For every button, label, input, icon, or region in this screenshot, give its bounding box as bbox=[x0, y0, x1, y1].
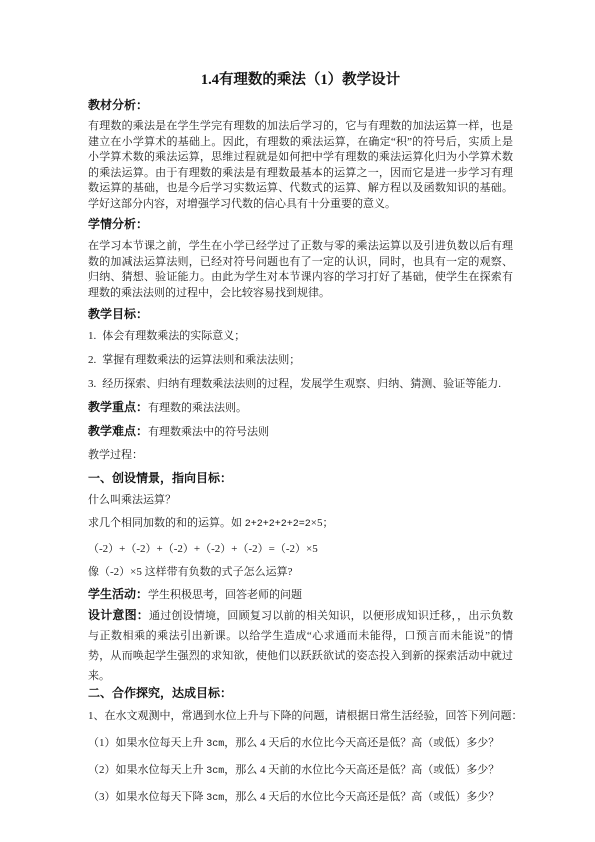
section2-intro: 1、在水文观测中，常遇到水位上升与下降的问题，请根据日常生活经验，回答下列问题： bbox=[88, 709, 513, 724]
student-activity-line: 学生活动：学生积极思考，回答老师的问题 bbox=[88, 587, 513, 603]
section1-formula-line: （-2）+（-2）+（-2）+（-2）+（-2）=（-2）×5 bbox=[88, 542, 513, 557]
objective-item-3-number: 3. bbox=[88, 378, 96, 390]
section2-question-1: （1）如果水位每天上升 3cm，那么 4 天后的水位比今天高还是低？高（或低）多… bbox=[88, 736, 513, 752]
document-page: 1.4有理数的乘法（1）教学设计 教材分析： 有理数的乘法是在学生学完有理数的加… bbox=[0, 0, 595, 842]
heading-learner-analysis: 学情分析： bbox=[88, 217, 513, 232]
heading-material-analysis: 教材分析： bbox=[88, 98, 513, 113]
heading-section2: 二、合作探究，达成目标： bbox=[88, 686, 513, 701]
student-activity-text: 学生积极思考，回答老师的问题 bbox=[148, 589, 302, 601]
section1-answer-line: 求几个相同加数的和的运算。如 2+2+2+2+2=2×5； bbox=[88, 516, 513, 532]
section2-question-3: （3）如果水位每天下降 3cm，那么 4 天后的水位比今天高还是低？高（或低）多… bbox=[88, 790, 513, 806]
objective-item-1-text: 体会有理数乘法的实际意义； bbox=[102, 330, 245, 342]
section2-question-3-post: ，那么 4 天后的水位比今天高还是低？高（或低）多少？ bbox=[224, 791, 499, 803]
difficulty-label: 教学难点： bbox=[88, 424, 148, 438]
difficulty-line: 教学难点：有理数乘法中的符号法则 bbox=[88, 424, 513, 440]
section2-question-3-value: 3cm bbox=[206, 793, 224, 804]
document-content: 1.4有理数的乘法（1）教学设计 教材分析： 有理数的乘法是在学生学完有理数的加… bbox=[0, 0, 595, 806]
section1-answer-formula: 2+2+2+2+2=2 bbox=[245, 519, 311, 530]
section1-answer-post: ×5； bbox=[311, 517, 334, 529]
design-intent-paragraph: 设计意图：通过创设情境，回顾复习以前的相关知识，以便形成知识迁移，，出示负数与正… bbox=[88, 605, 513, 686]
section1-question2: 像（-2）×5 这样带有负数的式子怎么运算? bbox=[88, 565, 513, 580]
key-point-label: 教学重点： bbox=[88, 400, 148, 414]
section1-answer-pre: 求几个相同加数的和的运算。如 bbox=[88, 517, 245, 529]
objective-item-3-text: 经历探索、归纳有理数乘法法则的过程，发展学生观察、归纳、猜测、验证等能力. bbox=[102, 378, 501, 390]
key-point-line: 教学重点：有理数的乘法法则。 bbox=[88, 400, 513, 416]
design-intent-label: 设计意图： bbox=[88, 608, 149, 622]
heading-process: 教学过程： bbox=[88, 448, 513, 463]
section2-question-1-pre: （1）如果水位每天上升 bbox=[88, 737, 206, 749]
objective-item-2-number: 2. bbox=[88, 354, 96, 366]
section2-question-1-value: 3cm bbox=[206, 739, 224, 750]
objective-item-1: 1.体会有理数乘法的实际意义； bbox=[88, 329, 513, 344]
section2-question-2-value: 3cm bbox=[206, 766, 224, 777]
difficulty-text: 有理数乘法中的符号法则 bbox=[148, 426, 269, 438]
section2-question-1-post: ，那么 4 天后的水位比今天高还是低？高（或低）多少？ bbox=[224, 737, 499, 749]
student-activity-label: 学生活动： bbox=[88, 587, 148, 601]
section2-question-2: （2）如果水位每天上升 3cm，那么 4 天前的水位比今天高还是低？高（或低）多… bbox=[88, 763, 513, 779]
section2-question-3-pre: （3）如果水位每天下降 bbox=[88, 791, 206, 803]
paragraph-material-analysis: 有理数的乘法是在学生学完有理数的加法后学习的，它与有理数的加法运算一样，也是建立… bbox=[88, 119, 513, 212]
objective-item-3: 3.经历探索、归纳有理数乘法法则的过程，发展学生观察、归纳、猜测、验证等能力. bbox=[88, 377, 513, 392]
paragraph-learner-analysis: 在学习本节课之前，学生在小学已经学过了正数与零的乘法运算以及引进负数以后有理数的… bbox=[88, 239, 513, 301]
heading-section1: 一、创设情景，指向目标： bbox=[88, 471, 513, 486]
section2-question-2-pre: （2）如果水位每天上升 bbox=[88, 764, 206, 776]
design-intent-text: 通过创设情境，回顾复习以前的相关知识，以便形成知识迁移，，出示负数与正数相乘的乘… bbox=[88, 610, 513, 682]
key-point-text: 有理数的乘法法则。 bbox=[148, 402, 247, 414]
document-title: 1.4有理数的乘法（1）教学设计 bbox=[88, 70, 513, 90]
section1-question1: 什么叫乘法运算？ bbox=[88, 493, 513, 508]
heading-objectives: 教学目标： bbox=[88, 307, 513, 322]
objective-item-2-text: 掌握有理数乘法的运算法则和乘法法则； bbox=[102, 354, 300, 366]
section2-question-2-post: ，那么 4 天前的水位比今天高还是低？高（或低）多少？ bbox=[224, 764, 499, 776]
objective-item-2: 2.掌握有理数乘法的运算法则和乘法法则； bbox=[88, 353, 513, 368]
objective-item-1-number: 1. bbox=[88, 330, 96, 342]
